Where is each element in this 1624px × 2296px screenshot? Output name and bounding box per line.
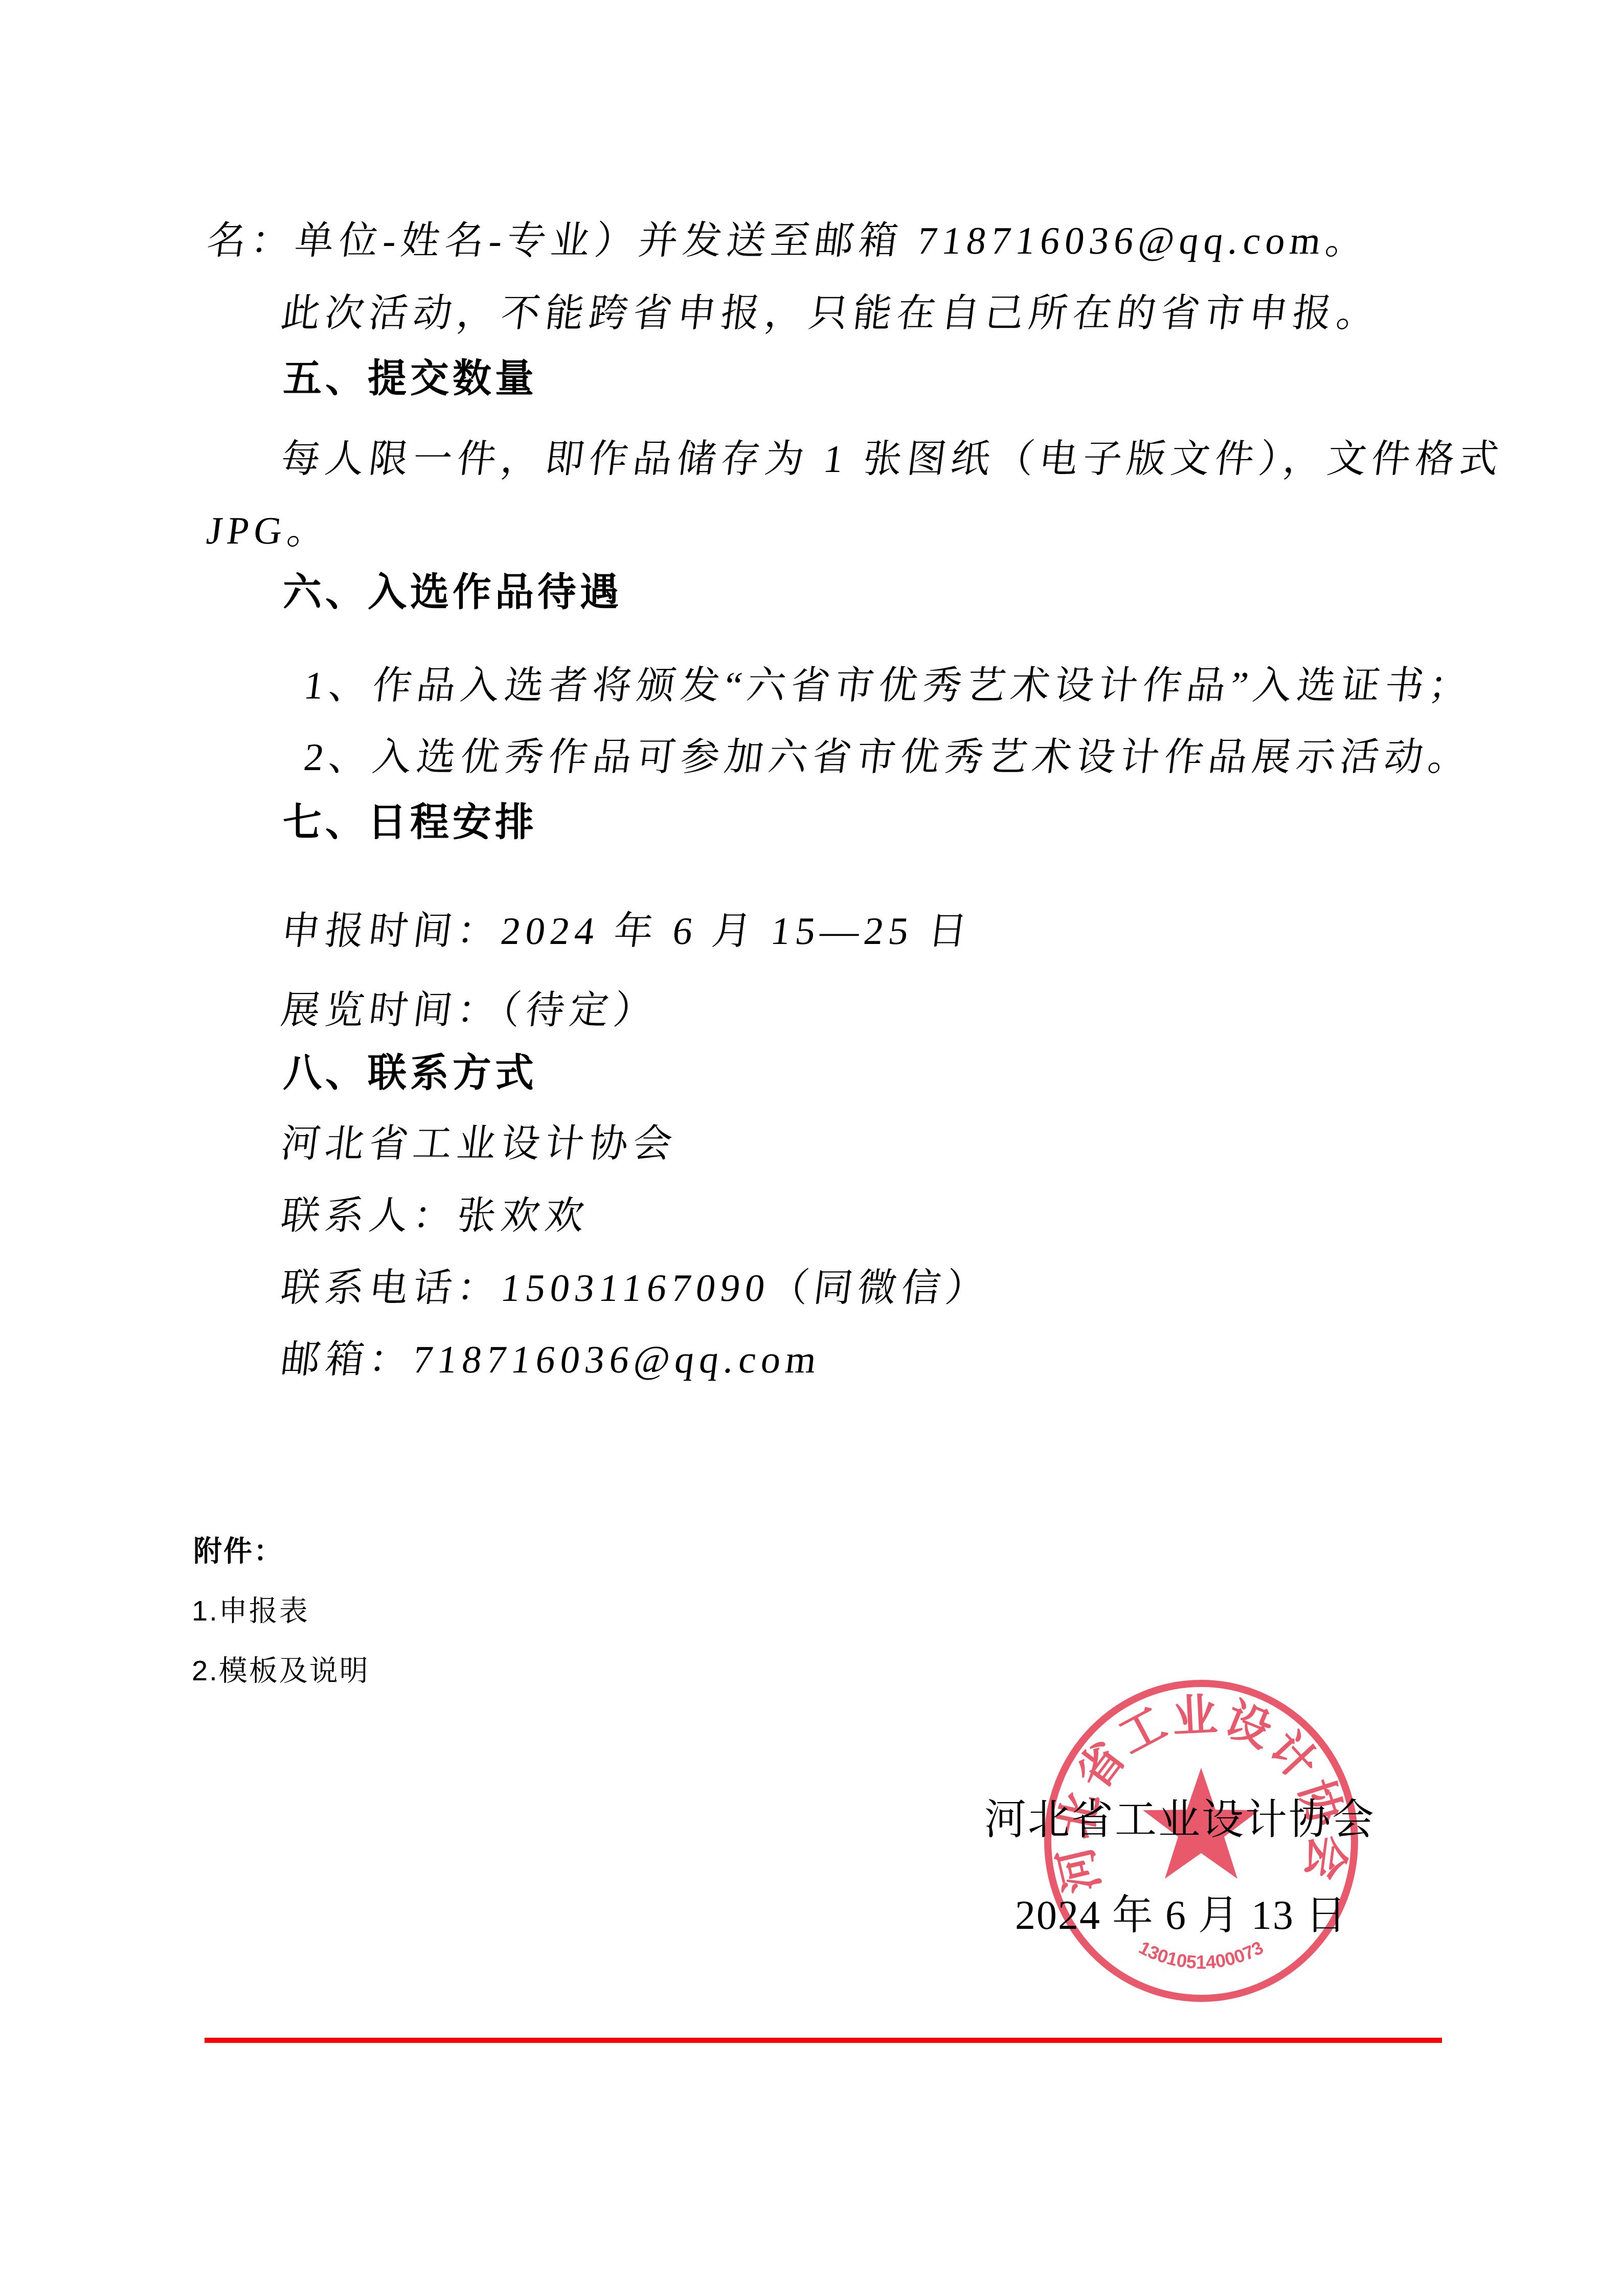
document-page: 名：单位-姓名-专业）并发送至邮箱 718716036@qq.com。 此次活动… bbox=[0, 0, 1624, 2296]
attachment-item-application-form: 1.申报表 bbox=[192, 1595, 309, 1626]
body-line-contact-phone: 联系电话：15031167090（同微信） bbox=[279, 1267, 992, 1309]
body-line-application-time: 申报时间：2024 年 6 月 15—25 日 bbox=[279, 910, 975, 952]
section-heading-8-contact: 八、联系方式 bbox=[283, 1052, 537, 1094]
body-line-unit-name-email: 名：单位-姓名-专业）并发送至邮箱 718716036@qq.com。 bbox=[205, 220, 1372, 262]
body-item-6-1-certificate: 1、作品入选者将颁发“六省市优秀艺术设计作品”入选证书； bbox=[302, 665, 1476, 707]
signature-organization: 河北省工业设计协会 bbox=[984, 1797, 1375, 1843]
body-line-exhibition-time: 展览时间：（待定） bbox=[279, 989, 660, 1031]
attachment-item-template-instructions: 2.模板及说明 bbox=[192, 1655, 370, 1686]
svg-text:1301051400073: 1301051400073 bbox=[1136, 1937, 1267, 1972]
seal-serial-number: 1301051400073 bbox=[1136, 1937, 1267, 1972]
section-heading-6-selected-works-treatment: 六、入选作品待遇 bbox=[283, 572, 622, 614]
body-line-no-cross-province: 此次活动，不能跨省申报，只能在自己所在的省市申报。 bbox=[279, 292, 1383, 334]
body-line-association-name: 河北省工业设计协会 bbox=[279, 1123, 680, 1165]
body-line-limit-one-piece: 每人限一件，即作品储存为 1 张图纸（电子版文件），文件格式 bbox=[279, 438, 1506, 480]
footer-red-rule bbox=[205, 2038, 1442, 2043]
body-line-jpg: JPG。 bbox=[205, 510, 334, 552]
body-line-contact-email: 邮箱：718716036@qq.com bbox=[279, 1339, 824, 1381]
section-heading-7-schedule: 七、日程安排 bbox=[283, 802, 537, 844]
signature-date: 2024 年 6 月 13 日 bbox=[1015, 1894, 1347, 1938]
attachments-label: 附件： bbox=[193, 1536, 284, 1566]
body-item-6-2-exhibition: 2、入选优秀作品可参加六省市优秀艺术设计作品展示活动。 bbox=[302, 736, 1475, 778]
section-heading-5-submission-quantity: 五、提交数量 bbox=[283, 358, 537, 400]
body-line-contact-person: 联系人：张欢欢 bbox=[279, 1195, 592, 1237]
